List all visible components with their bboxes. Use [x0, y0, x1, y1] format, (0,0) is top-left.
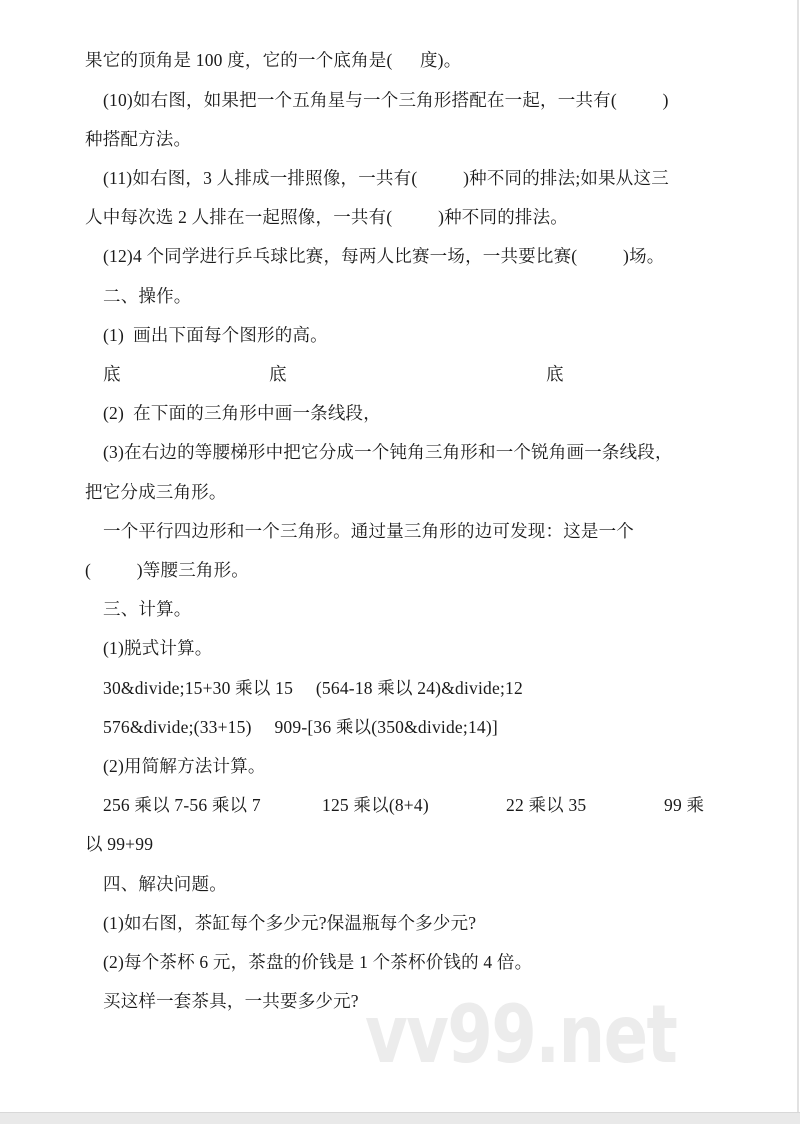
section-heading-operations: 二、操作。 [103, 285, 192, 307]
base-label-2: 底 [269, 363, 287, 385]
question-12: (12)4 个同学进行乒乓球比赛，每两人比赛一场，一共要比赛( )场。 [103, 245, 664, 267]
base-label-1: 底 [103, 363, 121, 385]
operation-2: (2) 在下面的三角形中画一条线段， [103, 402, 381, 424]
calculation-1: (1)脱式计算。 [103, 637, 213, 659]
operation-3: (3)在右边的等腰梯形中把它分成一个钝角三角形和一个锐角画一条线段， [103, 441, 673, 463]
calculation-1-row-1: 30&divide;15+30 乘以 15 (564-18 乘以 24)&div… [103, 677, 523, 699]
calculation-2-item-4: 99 乘 [664, 794, 704, 816]
section-heading-problems: 四、解决问题。 [103, 873, 227, 895]
calculation-2-item-2: 125 乘以(8+4) [322, 794, 429, 816]
question-10: (10)如右图，如果把一个五角星与一个三角形搭配在一起，一共有( ) [103, 89, 669, 111]
question-10-continuation: 种搭配方法。 [85, 128, 191, 150]
section-heading-calculation: 三、计算。 [103, 598, 192, 620]
watermark: vv99.net [365, 995, 676, 1075]
calculation-2-item-3: 22 乘以 35 [506, 794, 586, 816]
calculation-2-item-1: 256 乘以 7-56 乘以 7 [103, 794, 261, 816]
calculation-2: (2)用简解方法计算。 [103, 755, 266, 777]
operation-1: (1) 画出下面每个图形的高。 [103, 324, 328, 346]
document-page: 果它的顶角是 100 度，它的一个底角是( 度)。 (10)如右图，如果把一个五… [0, 0, 799, 1112]
base-label-3: 底 [546, 363, 564, 385]
question-9-continuation: 果它的顶角是 100 度，它的一个底角是( 度)。 [85, 49, 461, 71]
calculation-2-continuation: 以 99+99 [85, 833, 153, 855]
operation-4: 一个平行四边形和一个三角形。通过量三角形的边可发现：这是一个 [103, 520, 634, 542]
operation-3-continuation: 把它分成三角形。 [85, 481, 227, 503]
calculation-1-row-2: 576&divide;(33+15) 909-[36 乘以(350&divide… [103, 716, 498, 738]
problem-2: (2)每个茶杯 6 元，茶盘的价钱是 1 个茶杯价钱的 4 倍。 [103, 951, 532, 973]
problem-2-continuation: 买这样一套茶具，一共要多少元? [103, 990, 359, 1012]
next-page-top [0, 1124, 800, 1137]
question-11: (11)如右图，3 人排成一排照像，一共有( )种不同的排法;如果从这三 [103, 167, 669, 189]
problem-1: (1)如右图，茶缸每个多少元?保温瓶每个多少元? [103, 912, 476, 934]
operation-4-continuation: ( )等腰三角形。 [85, 559, 249, 581]
question-11-continuation: 人中每次选 2 人排在一起照像，一共有( )种不同的排法。 [85, 206, 568, 228]
